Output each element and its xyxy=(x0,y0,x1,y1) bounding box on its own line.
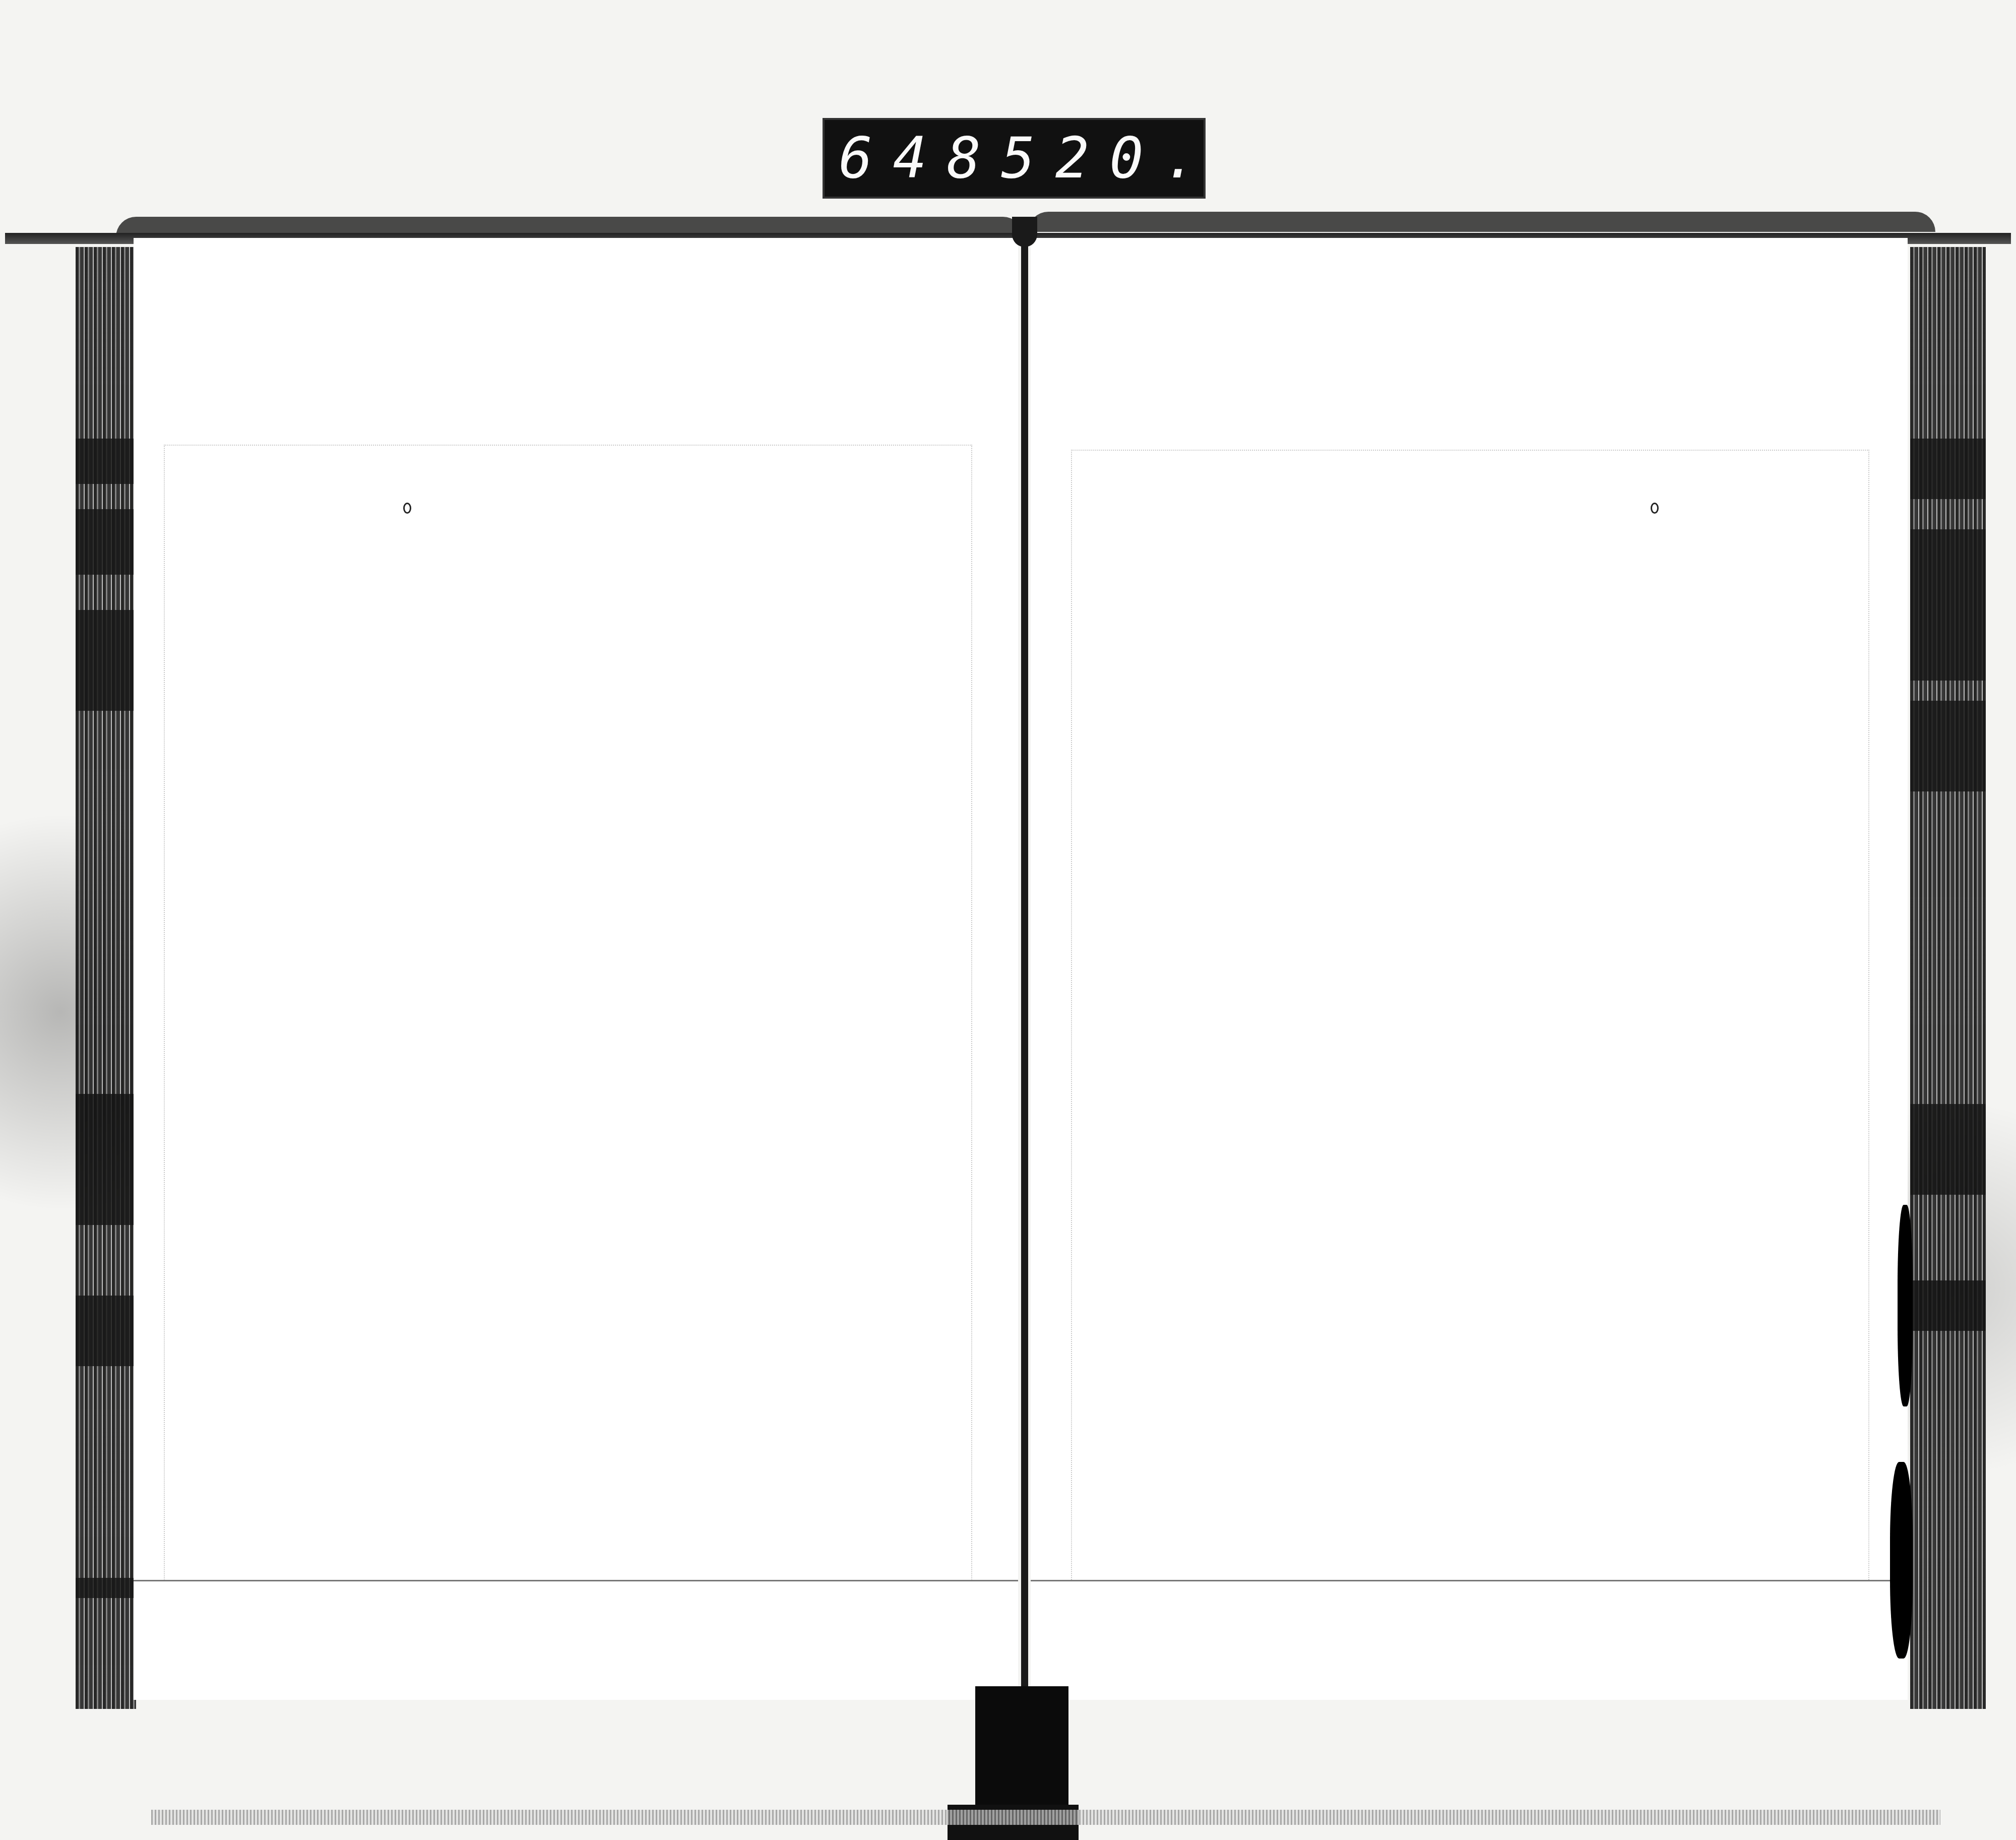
left-page xyxy=(134,238,1018,1700)
right-page-foot xyxy=(1031,1580,1908,1700)
right-page xyxy=(1031,238,1908,1700)
book-top-edge-right xyxy=(1028,212,1935,232)
left-page-mark xyxy=(403,503,411,514)
right-edge-blot-upper xyxy=(1898,1205,1913,1406)
right-page-edge-stack xyxy=(1910,247,1986,1709)
left-page-foot xyxy=(134,1580,1018,1700)
left-page-edge-stack xyxy=(76,247,136,1709)
right-page-mark xyxy=(1651,503,1659,514)
right-page-frame xyxy=(1071,450,1869,1596)
book-bottom-edge xyxy=(151,1810,1940,1825)
frame-counter: 648 520. xyxy=(823,118,1206,199)
left-page-frame xyxy=(164,445,972,1657)
center-pointer-stem xyxy=(1021,222,1028,1699)
frame-counter-left: 648 xyxy=(839,126,1001,191)
right-edge-blot-lower xyxy=(1890,1462,1913,1659)
frame-counter-right: 520. xyxy=(1001,126,1218,191)
